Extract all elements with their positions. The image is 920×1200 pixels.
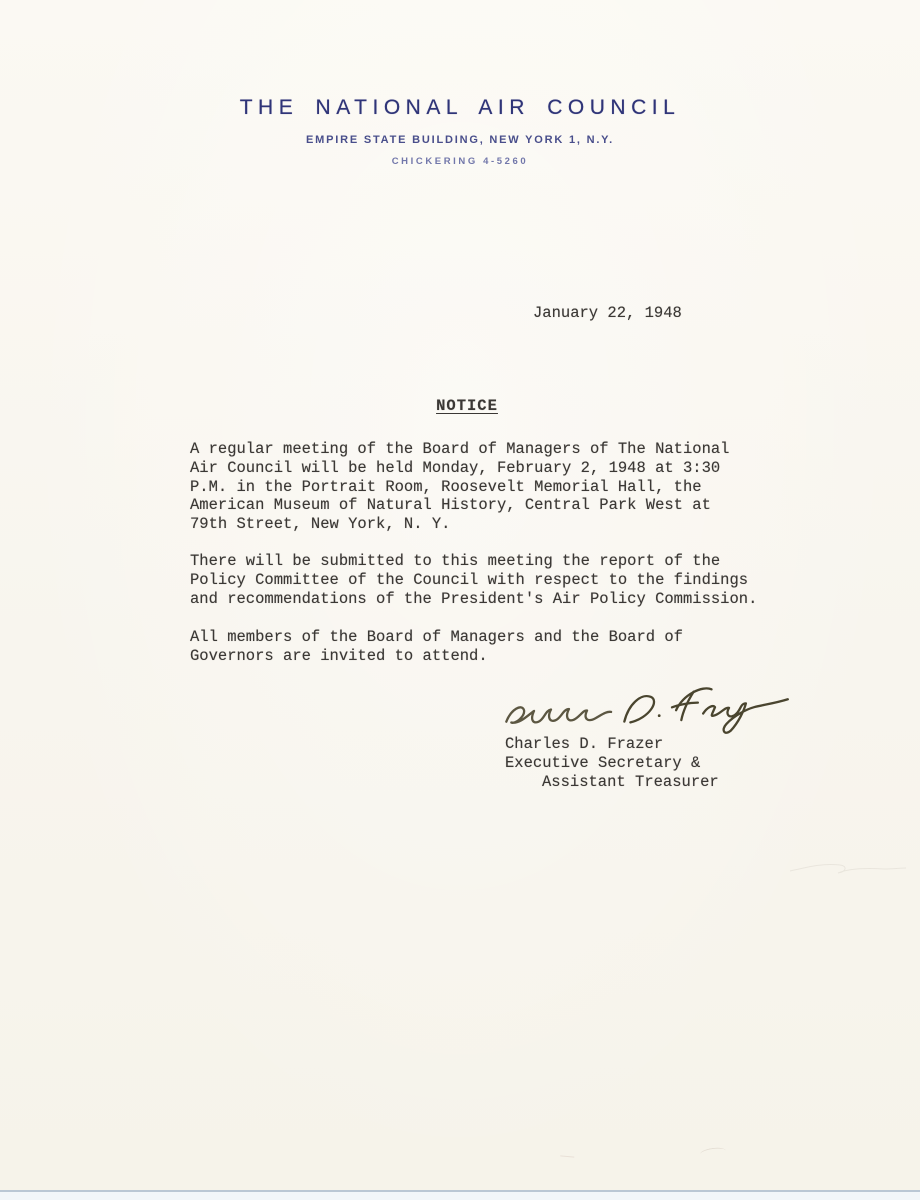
letterhead-address: EMPIRE STATE BUILDING, NEW YORK 1, N.Y. bbox=[0, 134, 920, 146]
typed-signer-role-line1: Executive Secretary & bbox=[505, 754, 700, 773]
notice-heading: NOTICE bbox=[0, 397, 920, 416]
paper-speck bbox=[560, 1155, 575, 1163]
paragraph-meeting-details: A regular meeting of the Board of Manage… bbox=[190, 440, 770, 534]
paper-speck bbox=[700, 1146, 727, 1159]
organization-name: THE NATIONAL AIR COUNCIL bbox=[0, 96, 920, 120]
letter-date: January 22, 1948 bbox=[533, 304, 682, 323]
scanned-letter-page: THE NATIONAL AIR COUNCIL EMPIRE STATE BU… bbox=[0, 0, 920, 1200]
pencil-smudge-artifact bbox=[788, 858, 908, 878]
typed-signer-role-line2: Assistant Treasurer bbox=[542, 773, 719, 792]
typed-signer-name: Charles D. Frazer bbox=[505, 735, 663, 754]
paragraph-report-submission: There will be submitted to this meeting … bbox=[190, 552, 770, 608]
handwritten-signature bbox=[495, 672, 797, 744]
letterhead: THE NATIONAL AIR COUNCIL EMPIRE STATE BU… bbox=[0, 96, 920, 167]
scan-bottom-edge bbox=[0, 1190, 920, 1200]
letterhead-phone: CHICKERING 4-5260 bbox=[0, 156, 920, 167]
paragraph-invitation: All members of the Board of Managers and… bbox=[190, 628, 770, 666]
